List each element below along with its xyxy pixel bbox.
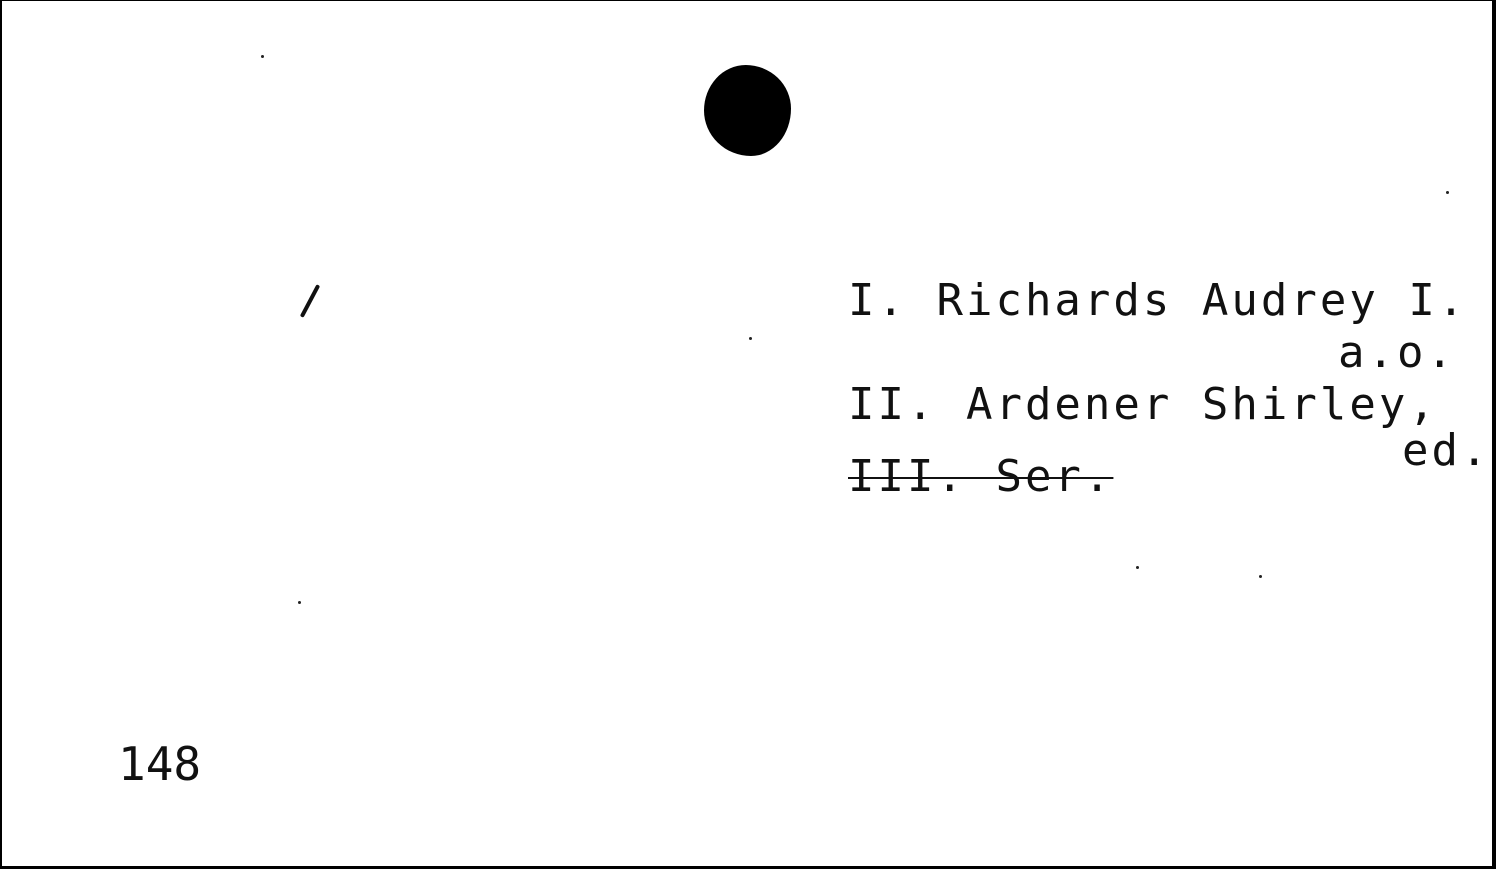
speck bbox=[261, 55, 264, 58]
catalog-number: 148 bbox=[118, 737, 201, 791]
tracing-1-continuation: a.o. bbox=[1338, 331, 1456, 375]
tracing-1: I. Richards Audrey I. bbox=[848, 279, 1467, 323]
punch-hole bbox=[704, 65, 791, 156]
tracing-2-continuation: ed. bbox=[1402, 429, 1490, 473]
tracing-3-struck: III. Ser. bbox=[848, 455, 1113, 499]
catalog-card: I. Richards Audrey I. a.o. II. Ardener S… bbox=[0, 0, 1492, 866]
speck bbox=[1259, 575, 1262, 578]
tracing-2: II. Ardener Shirley, bbox=[848, 383, 1438, 427]
speck bbox=[1446, 191, 1449, 194]
speck bbox=[749, 337, 752, 340]
speck bbox=[298, 601, 301, 604]
pencil-mark bbox=[300, 284, 320, 318]
speck bbox=[1136, 566, 1139, 569]
